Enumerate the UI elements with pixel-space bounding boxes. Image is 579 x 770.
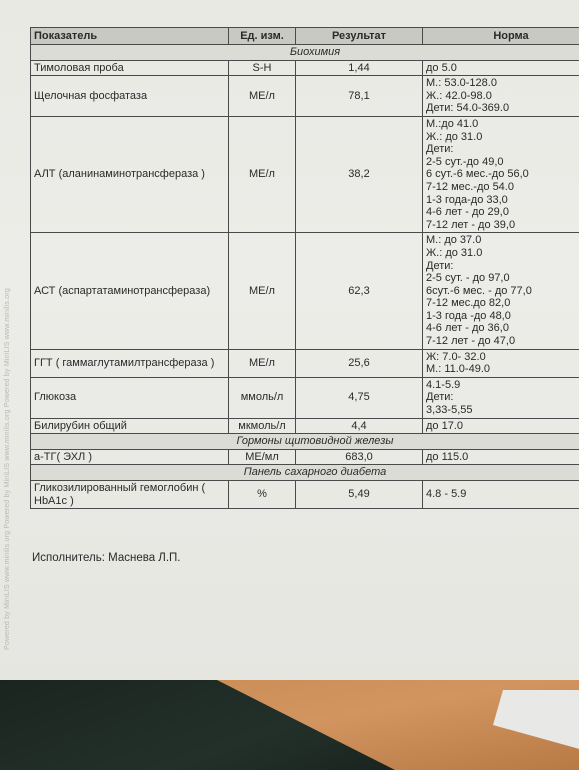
reference-range-line: до 17.0 (426, 420, 579, 433)
section-header-row: Гормоны щитовидной железы (31, 434, 579, 450)
parameter-name: Тимоловая проба (31, 60, 229, 76)
section-title: Биохимия (31, 45, 579, 61)
reference-range-line: 7-12 лет - до 47,0 (426, 335, 579, 348)
reference-range: М.: 53.0-128.0Ж.: 42.0-98.0Дети: 54.0-36… (423, 76, 579, 117)
table-header-row: Показатель Ед. изм. Результат Норма (31, 28, 579, 45)
unit: МЕ/л (229, 76, 296, 117)
table-row: Тимоловая пробаS-H1,44до 5.0 (31, 60, 579, 76)
reference-range-line: 1-3 года -до 48,0 (426, 310, 579, 323)
reference-range-line: 6сут.-6 мес. - до 77,0 (426, 285, 579, 298)
table-row: Билирубин общиймкмоль/л4,4до 17.0 (31, 418, 579, 434)
reference-range-line: до 115.0 (426, 451, 579, 464)
reference-range-line: до 5.0 (426, 62, 579, 75)
parameter-name: Билирубин общий (31, 418, 229, 434)
reference-range-line: 7-12 мес.до 82,0 (426, 297, 579, 310)
result-value: 62,3 (296, 233, 423, 349)
result-value: 1,44 (296, 60, 423, 76)
table-row: Глюкозаммоль/л4,754.1-5.9Дети:3,33-5,55 (31, 377, 579, 418)
reference-range-line: Ж.: до 31.0 (426, 247, 579, 260)
result-value: 683,0 (296, 449, 423, 465)
reference-range-line: 6 сут.-6 мес.-до 56,0 (426, 168, 579, 181)
table-row: Щелочная фосфатазаМЕ/л78,1М.: 53.0-128.0… (31, 76, 579, 117)
reference-range: М.:до 41.0Ж.: до 31.0Дети:2-5 сут.-до 49… (423, 116, 579, 232)
unit: МЕ/л (229, 349, 296, 377)
reference-range-line: 4-6 лет - до 36,0 (426, 322, 579, 335)
table-row: АЛТ (аланинаминотрансфераза )МЕ/л38,2М.:… (31, 116, 579, 232)
header-parameter: Показатель (31, 28, 229, 45)
unit: МЕ/мл (229, 449, 296, 465)
reference-range-line: Ж.: до 31.0 (426, 131, 579, 144)
reference-range-line: М.: до 37.0 (426, 234, 579, 247)
reference-range: 4.1-5.9Дети:3,33-5,55 (423, 377, 579, 418)
header-unit: Ед. изм. (229, 28, 296, 45)
reference-range: до 17.0 (423, 418, 579, 434)
reference-range-line: 4-6 лет - до 29,0 (426, 206, 579, 219)
parameter-name: Глюкоза (31, 377, 229, 418)
parameter-name: Гликозилированный гемоглобин ( HbA1c ) (31, 481, 229, 509)
reference-range-line: Дети: (426, 391, 579, 404)
table-row: АСТ (аспартатаминотрансфераза)МЕ/л62,3М.… (31, 233, 579, 349)
reference-range-line: 4.8 - 5.9 (426, 488, 579, 501)
reference-range-line: 1-3 года-до 33,0 (426, 194, 579, 207)
result-value: 38,2 (296, 116, 423, 232)
result-value: 78,1 (296, 76, 423, 117)
reference-range-line: Дети: 54.0-369.0 (426, 102, 579, 115)
result-value: 5,49 (296, 481, 423, 509)
parameter-name: АЛТ (аланинаминотрансфераза ) (31, 116, 229, 232)
reference-range-line: 3,33-5,55 (426, 404, 579, 417)
reference-range-line: Дети: (426, 143, 579, 156)
reference-range: до 115.0 (423, 449, 579, 465)
unit: МЕ/л (229, 233, 296, 349)
table-body: БиохимияТимоловая пробаS-H1,44до 5.0Щело… (31, 45, 579, 509)
lab-results-table: Показатель Ед. изм. Результат Норма Биох… (30, 27, 579, 509)
table-row: ГГТ ( гаммаглутамилтрансфераза )МЕ/л25,6… (31, 349, 579, 377)
executor-signature: Исполнитель: Маснева Л.П. (32, 552, 181, 564)
unit: % (229, 481, 296, 509)
reference-range-line: 4.1-5.9 (426, 379, 579, 392)
reference-range: Ж: 7.0- 32.0М.: 11.0-49.0 (423, 349, 579, 377)
reference-range-line: 7-12 мес.-до 54.0 (426, 181, 579, 194)
section-title: Гормоны щитовидной железы (31, 434, 579, 450)
header-result: Результат (296, 28, 423, 45)
reference-range-line: М.:до 41.0 (426, 118, 579, 131)
reference-range-line: М.: 11.0-49.0 (426, 363, 579, 376)
reference-range-line: 7-12 лет - до 39,0 (426, 219, 579, 232)
reference-range-line: 2-5 сут.-до 49,0 (426, 156, 579, 169)
table-row: Гликозилированный гемоглобин ( HbA1c )%5… (31, 481, 579, 509)
result-value: 4,4 (296, 418, 423, 434)
section-title: Панель сахарного диабета (31, 465, 579, 481)
table-row: а-ТГ( ЭХЛ )МЕ/мл683,0до 115.0 (31, 449, 579, 465)
header-norm: Норма (423, 28, 579, 45)
parameter-name: а-ТГ( ЭХЛ ) (31, 449, 229, 465)
result-value: 4,75 (296, 377, 423, 418)
reference-range-line: Дети: (426, 260, 579, 273)
reference-range: 4.8 - 5.9 (423, 481, 579, 509)
parameter-name: Щелочная фосфатаза (31, 76, 229, 117)
reference-range-line: Ж.: 42.0-98.0 (426, 90, 579, 103)
parameter-name: АСТ (аспартатаминотрансфераза) (31, 233, 229, 349)
unit: МЕ/л (229, 116, 296, 232)
reference-range-line: М.: 53.0-128.0 (426, 77, 579, 90)
reference-range: до 5.0 (423, 60, 579, 76)
unit: мкмоль/л (229, 418, 296, 434)
unit: ммоль/л (229, 377, 296, 418)
reference-range-line: Ж: 7.0- 32.0 (426, 351, 579, 364)
watermark: Powered by MiniLIS www.minilis.org Power… (4, 288, 11, 650)
reference-range: М.: до 37.0Ж.: до 31.0Дети:2-5 сут. - до… (423, 233, 579, 349)
section-header-row: Панель сахарного диабета (31, 465, 579, 481)
unit: S-H (229, 60, 296, 76)
parameter-name: ГГТ ( гаммаглутамилтрансфераза ) (31, 349, 229, 377)
section-header-row: Биохимия (31, 45, 579, 61)
result-value: 25,6 (296, 349, 423, 377)
reference-range-line: 2-5 сут. - до 97,0 (426, 272, 579, 285)
